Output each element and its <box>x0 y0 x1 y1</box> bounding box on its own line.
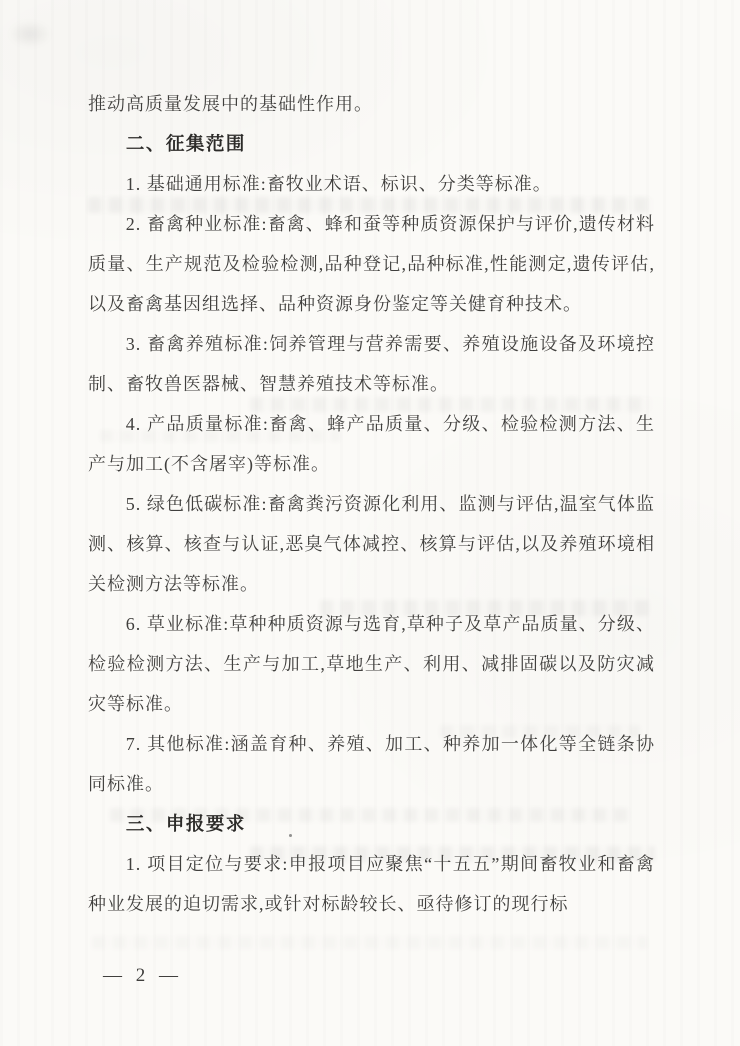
page-number: — 2 — <box>103 965 181 986</box>
page-footer: — 2 — <box>103 962 181 990</box>
body-paragraph-item-5: 5. 绿色低碳标准:畜禽粪污资源化利用、监测与评估,温室气体监测、核算、核查与认… <box>88 484 655 604</box>
body-paragraph-item-3: 3. 畜禽养殖标准:饲养管理与营养需要、养殖设施设备及环境控制、畜牧兽医器械、智… <box>88 324 655 404</box>
body-paragraph-item-1: 1. 基础通用标准:畜牧业术语、标识、分类等标准。 <box>88 164 655 204</box>
bleedthrough-artifact <box>92 936 647 949</box>
body-paragraph-item-8: 1. 项目定位与要求:申报项目应聚焦“十五五”期间畜牧业和畜禽种业发展的迫切需求… <box>88 844 655 924</box>
document-body: 推动高质量发展中的基础性作用。 二、征集范围 1. 基础通用标准:畜牧业术语、标… <box>0 0 740 924</box>
section-heading-application-requirements: 三、申报要求 <box>88 804 655 844</box>
body-paragraph-item-7: 7. 其他标准:涵盖育种、养殖、加工、种养加一体化等全链条协同标准。 <box>88 724 655 804</box>
body-paragraph-item-2: 2. 畜禽种业标准:畜禽、蜂和蚕等种质资源保护与评价,遗传材料质量、生产规范及检… <box>88 204 655 324</box>
body-paragraph-continuation: 推动高质量发展中的基础性作用。 <box>88 84 655 124</box>
body-paragraph-item-6: 6. 草业标准:草种种质资源与选育,草种子及草产品质量、分级、检验检测方法、生产… <box>88 604 655 724</box>
body-paragraph-item-4: 4. 产品质量标准:畜禽、蜂产品质量、分级、检验检测方法、生产与加工(不含屠宰)… <box>88 404 655 484</box>
section-heading-collection-scope: 二、征集范围 <box>88 124 655 164</box>
scanned-document-page: 推动高质量发展中的基础性作用。 二、征集范围 1. 基础通用标准:畜牧业术语、标… <box>0 0 740 1046</box>
